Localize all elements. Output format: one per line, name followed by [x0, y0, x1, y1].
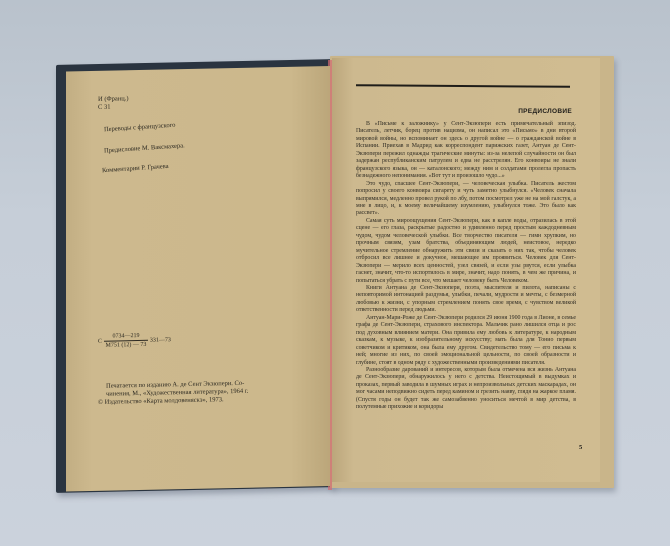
preface-body: В «Письме к заложнику» у Сент-Экзюпери е… [356, 121, 576, 412]
header-rule [356, 84, 570, 87]
paragraph: Разнообразие дарований и интересов, кото… [356, 367, 576, 412]
paragraph: Книги Антуана де Сент-Экзюпери, поэта, м… [356, 285, 576, 315]
index-denominator: М751 (12) — 73 [104, 341, 149, 350]
index-prefix: С [98, 339, 102, 345]
imprint-line: Издательство «Карта молдовеняскэ», 1973. [105, 396, 224, 405]
paragraph: Это чудо, спасшее Сент-Экзюпери, — челов… [356, 181, 576, 218]
index-code: С 0734—219 М751 (12) — 73 331—73 [98, 331, 171, 350]
translation-credit: Переводы с французского [104, 122, 176, 135]
chapter-heading: ПРЕДИСЛОВИЕ [518, 108, 572, 115]
index-suffix: 331—73 [150, 337, 171, 343]
paragraph: В «Письме к заложнику» у Сент-Экзюпери е… [356, 121, 576, 181]
catalog-line: И (Франц.) [98, 95, 129, 104]
preface-credit: Предисловие М. Ваксмахера. [104, 142, 185, 155]
catalog-line: С 31 [98, 104, 110, 112]
left-page: И (Франц.) С 31 Переводы с французского … [66, 66, 330, 492]
copyright-icon: © [98, 399, 103, 406]
commentary-credit: Комментарии Р. Грачева [102, 163, 169, 175]
page-number: 5 [579, 444, 582, 451]
paragraph: Антуан-Мари-Роже де Сент-Экзюпери родилс… [356, 315, 576, 367]
index-fraction: 0734—219 М751 (12) — 73 [104, 332, 149, 350]
right-page: ПРЕДИСЛОВИЕ В «Письме к заложнику» у Сен… [332, 58, 600, 482]
paragraph: Самая суть мироощущения Сент-Экзюпери, к… [356, 218, 576, 285]
imprint-line-copyright: © Издательство «Карта молдовеняскэ», 197… [98, 396, 224, 407]
